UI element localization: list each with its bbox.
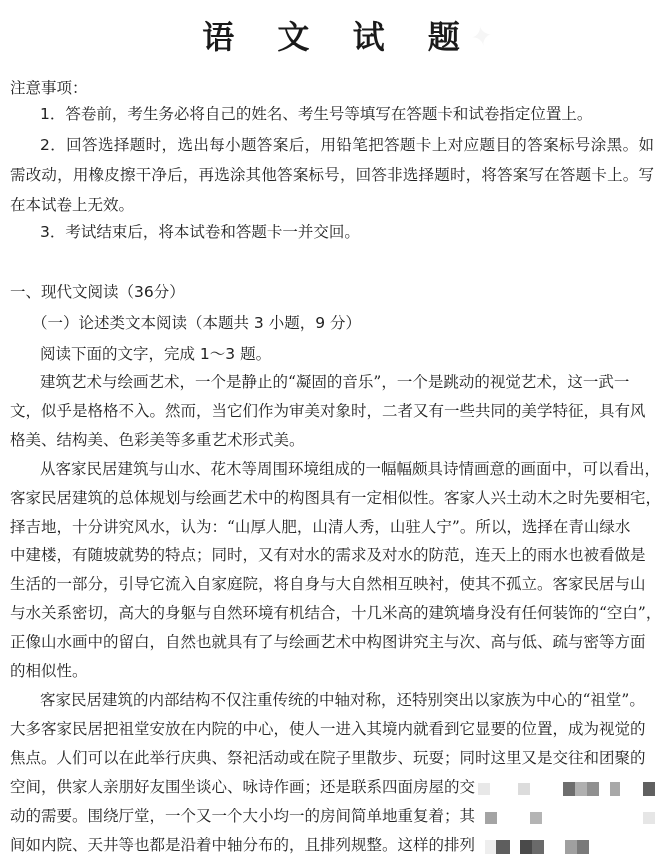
- text-line: 正像山水画中的留白，自然也就具有了与绘画艺术中构图讲究主与次、高与低、疏与密等方…: [10, 630, 646, 652]
- text-line: 中建楼，有随坡就势的特点；同时，又有对水的需求及对水的防范，连天上的雨水也被看做…: [10, 543, 646, 565]
- text-line: 的相似性。: [10, 659, 88, 681]
- text-line: 从客家民居建筑与山水、花木等周围环境组成的一幅幅颇具诗情画意的画面中，可以看出，: [40, 457, 660, 479]
- text-line: 格美、结构美、色彩美等多重艺术形式美。: [10, 428, 305, 450]
- text-line: 焦点。人们可以在此举行庆典、祭祀活动或在院子里散步、玩耍；同时这里又是交往和团聚…: [10, 746, 646, 768]
- text-line: 动的需要。围绕厅堂，一个又一个大小均一的房间简单地重复着；其: [10, 804, 475, 826]
- text-line: 大多客家民居把祖堂安放在内院的中心，使人一进入其境内就看到它显要的位置，成为视觉…: [10, 717, 646, 739]
- page-title: 语 文 试 题: [0, 12, 662, 58]
- exam-page: ✦ 语 文 试 题 注意事项： 1．答卷前，考生务必将自己的姓名、考生号等填写在…: [0, 0, 662, 859]
- text-line: 择吉地，十分讲究风水，认为：“山厚人肥，山清人秀，山驻人宁”。所以，选择在青山绿…: [10, 515, 630, 537]
- notice-item-2-text: 2．回答选择题时，选出每小题答案后，用铅笔把答题卡上对应题目的答案标号涂黑。如需…: [10, 136, 654, 214]
- text-line: 建筑艺术与绘画艺术，一个是静止的“凝固的音乐”，一个是跳动的视觉艺术，这一武一: [40, 370, 629, 392]
- notice-heading: 注意事项：: [10, 76, 88, 98]
- subsection-heading: （一）论述类文本阅读（本题共 3 小题，9 分）: [32, 311, 361, 333]
- notice-item-2: 2．回答选择题时，选出每小题答案后，用铅笔把答题卡上对应题目的答案标号涂黑。如需…: [10, 130, 654, 220]
- text-line: 客家民居建筑的总体规划与绘画艺术中的构图具有一定相似性。客家人兴土动木之时先要相…: [10, 486, 661, 508]
- notice-item-3: 3．考试结束后，将本试卷和答题卡一并交回。: [40, 217, 654, 247]
- text-line: 文，似乎是格格不入。然而，当它们作为审美对象时，二者又有一些共同的美学特征，具有…: [10, 399, 646, 421]
- notice-item-1: 1．答卷前，考生务必将自己的姓名、考生号等填写在答题卡和试卷指定位置上。: [40, 99, 654, 129]
- text-line: 与水关系密切，高大的身躯与自然环境有机结合，十几米高的建筑墙身没有任何装饰的“空…: [10, 601, 661, 623]
- text-line: 间如内院、天井等也都是沿着中轴分布的，且排列规整。这样的排列: [10, 833, 475, 855]
- text-line: 生活的一部分，引导它流入自家庭院，将自身与大自然相互映衬，使其不孤立。客家民居与…: [10, 572, 646, 594]
- reading-instruction: 阅读下面的文字，完成 1～3 题。: [40, 342, 271, 364]
- text-line: 空间，供家人亲朋好友围坐谈心、咏诗作画；还是联系四面房屋的交: [10, 775, 475, 797]
- text-line: 客家民居建筑的内部结构不仅注重传统的中轴对称，还特别突出以家族为中心的“祖堂”。: [40, 688, 645, 710]
- section-heading: 一、现代文阅读（36分）: [10, 280, 185, 302]
